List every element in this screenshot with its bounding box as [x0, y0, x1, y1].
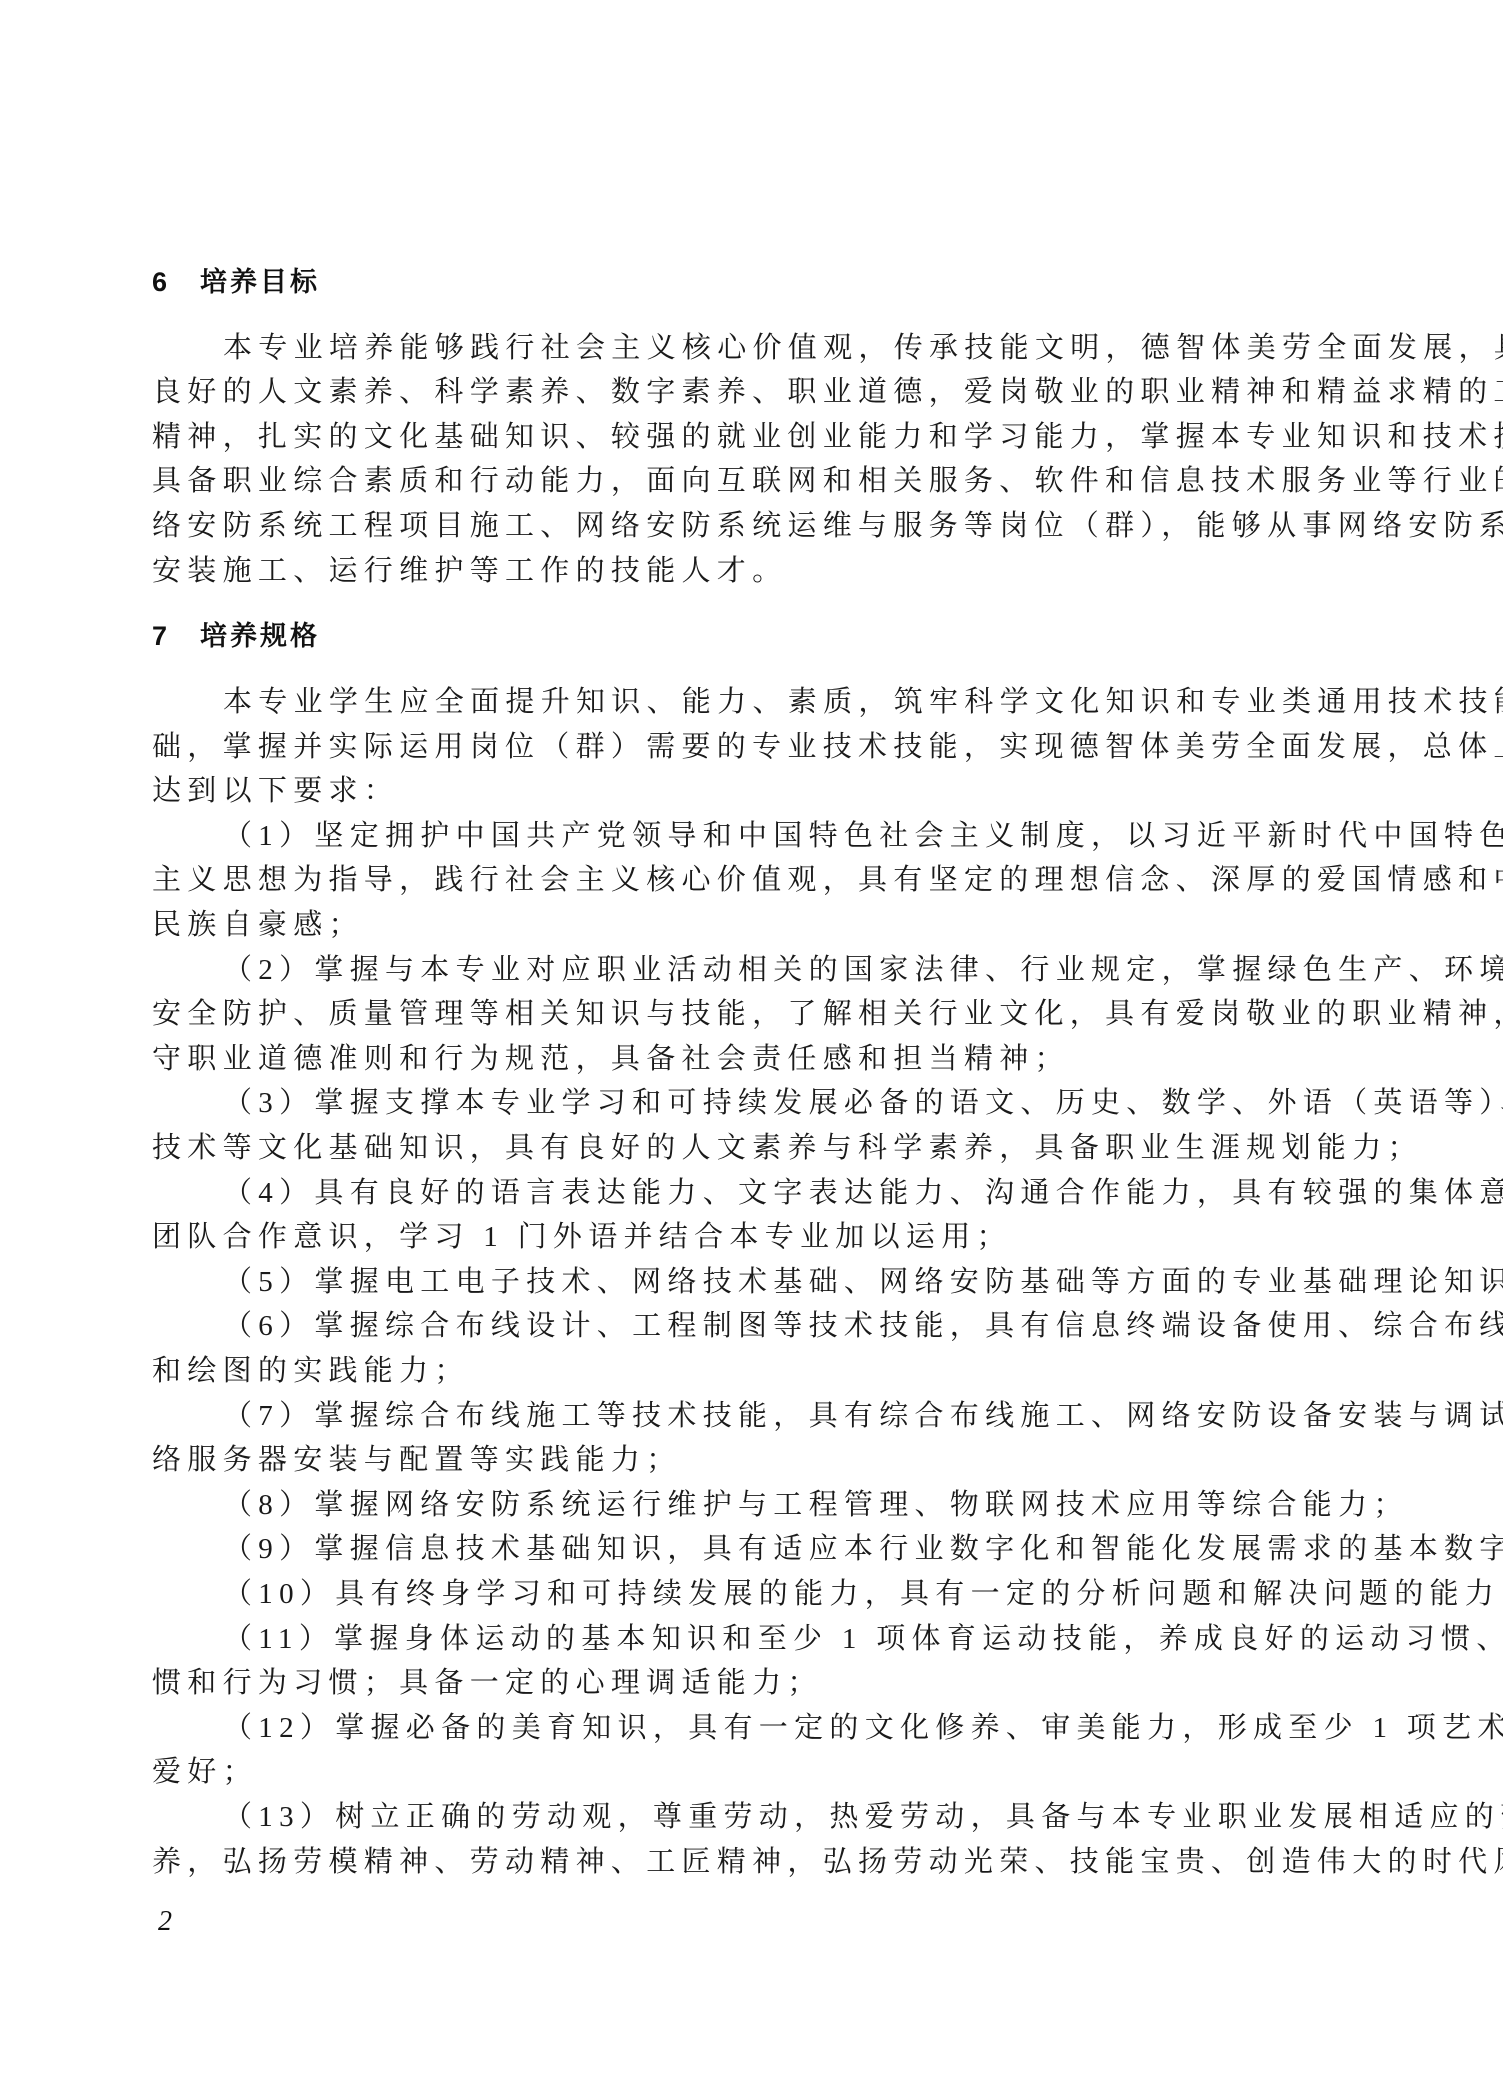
section-number: 7: [152, 616, 200, 656]
paragraph-line: 本专业学生应全面提升知识、能力、素质，筑牢科学文化知识和专业类通用技术技能基: [223, 680, 1356, 724]
requirement-6-line: 和绘图的实践能力；: [152, 1349, 1356, 1393]
page-number: 2: [158, 1904, 172, 1940]
section-heading-7: 7培养规格: [152, 616, 320, 656]
requirement-10-line: （10）具有终身学习和可持续发展的能力，具有一定的分析问题和解决问题的能力；: [223, 1572, 1356, 1616]
requirement-9-line: （9）掌握信息技术基础知识，具有适应本行业数字化和智能化发展需求的基本数字技能；: [223, 1527, 1356, 1571]
requirement-7-line: （7）掌握综合布线施工等技术技能，具有综合布线施工、网络安防设备安装与调试、网: [223, 1394, 1356, 1438]
requirement-13-line: 养，弘扬劳模精神、劳动精神、工匠精神，弘扬劳动光荣、技能宝贵、创造伟大的时代风尚…: [152, 1840, 1356, 1884]
document-page: 6培养目标 本专业培养能够践行社会主义核心价值观，传承技能文明，德智体美劳全面发…: [0, 0, 1503, 2094]
paragraph-line: 络安防系统工程项目施工、网络安防系统运维与服务等岗位（群），能够从事网络安防系统…: [152, 504, 1356, 548]
requirement-6-line: （6）掌握综合布线设计、工程制图等技术技能，具有信息终端设备使用、综合布线设计: [223, 1304, 1356, 1348]
paragraph-line: 精神，扎实的文化基础知识、较强的就业创业能力和学习能力，掌握本专业知识和技术技能…: [152, 415, 1356, 459]
requirement-11-line: （11）掌握身体运动的基本知识和至少 1 项体育运动技能，养成良好的运动习惯、卫…: [223, 1617, 1356, 1661]
section-title: 培养目标: [200, 267, 320, 298]
requirement-4-line: 团队合作意识，学习 1 门外语并结合本专业加以运用；: [152, 1215, 1356, 1259]
requirement-1-line: 民族自豪感；: [152, 903, 1356, 947]
paragraph-line: 安装施工、运行维护等工作的技能人才。: [152, 549, 1356, 593]
requirement-3-line: 技术等文化基础知识，具有良好的人文素养与科学素养，具备职业生涯规划能力；: [152, 1126, 1356, 1170]
requirement-1-line: （1）坚定拥护中国共产党领导和中国特色社会主义制度，以习近平新时代中国特色社会: [223, 814, 1356, 858]
requirement-11-line: 惯和行为习惯；具备一定的心理调适能力；: [152, 1661, 1356, 1705]
requirement-2-line: 守职业道德准则和行为规范，具备社会责任感和担当精神；: [152, 1037, 1356, 1081]
requirement-7-line: 络服务器安装与配置等实践能力；: [152, 1438, 1356, 1482]
section-title: 培养规格: [200, 621, 320, 652]
paragraph-line: 础，掌握并实际运用岗位（群）需要的专业技术技能，实现德智体美劳全面发展，总体上须: [152, 725, 1356, 769]
requirement-2-line: （2）掌握与本专业对应职业活动相关的国家法律、行业规定，掌握绿色生产、环境保护、: [223, 948, 1356, 992]
paragraph-line: 达到以下要求：: [152, 769, 1356, 813]
requirement-8-line: （8）掌握网络安防系统运行维护与工程管理、物联网技术应用等综合能力；: [223, 1483, 1356, 1527]
requirement-5-line: （5）掌握电工电子技术、网络技术基础、网络安防基础等方面的专业基础理论知识；: [223, 1260, 1356, 1304]
requirement-13-line: （13）树立正确的劳动观，尊重劳动，热爱劳动，具备与本专业职业发展相适应的劳动素: [223, 1795, 1356, 1839]
paragraph-line: 具备职业综合素质和行动能力，面向互联网和相关服务、软件和信息技术服务业等行业的网: [152, 459, 1356, 503]
requirement-1-line: 主义思想为指导，践行社会主义核心价值观，具有坚定的理想信念、深厚的爱国情感和中华: [152, 858, 1356, 902]
paragraph-line: 本专业培养能够践行社会主义核心价值观，传承技能文明，德智体美劳全面发展，具有: [223, 326, 1356, 370]
section-number: 6: [152, 262, 200, 302]
requirement-12-line: （12）掌握必备的美育知识，具有一定的文化修养、审美能力，形成至少 1 项艺术特…: [223, 1706, 1356, 1750]
requirement-4-line: （4）具有良好的语言表达能力、文字表达能力、沟通合作能力，具有较强的集体意识和: [223, 1171, 1356, 1215]
requirement-12-line: 爱好；: [152, 1750, 1356, 1794]
requirement-3-line: （3）掌握支撑本专业学习和可持续发展必备的语文、历史、数学、外语（英语等）、信息: [223, 1081, 1356, 1125]
requirement-2-line: 安全防护、质量管理等相关知识与技能，了解相关行业文化，具有爱岗敬业的职业精神，遵: [152, 992, 1356, 1036]
section-heading-6: 6培养目标: [152, 262, 320, 302]
paragraph-line: 良好的人文素养、科学素养、数字素养、职业道德，爱岗敬业的职业精神和精益求精的工匠: [152, 370, 1356, 414]
